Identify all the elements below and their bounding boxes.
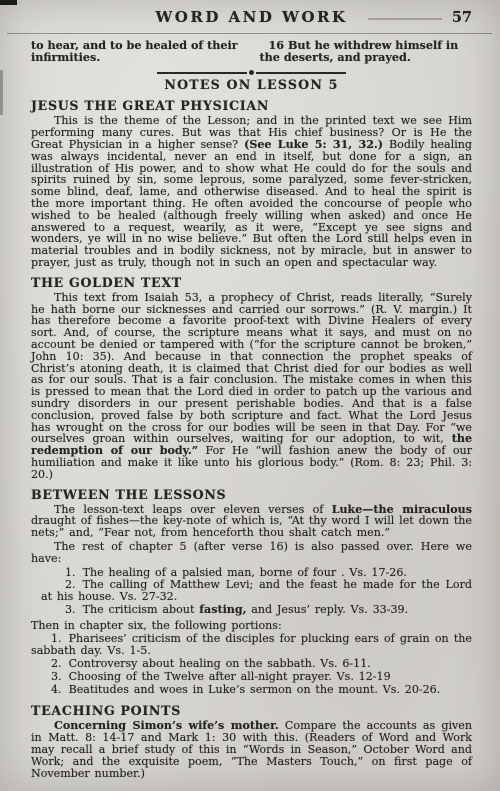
list-item-text: The criticism about fasting, and Jesus’ … (83, 603, 409, 616)
chapter5-list-item: 2.The calling of Matthew Levi; and the f… (41, 579, 472, 603)
header-rule (7, 33, 492, 34)
verse-text-right: 16 But he withdrew himself in the desert… (260, 39, 473, 63)
chapter5-list-item: 3.The criticism about fasting, and Jesus… (41, 604, 472, 616)
heading-teaching-points: TEACHING POINTS (31, 703, 472, 718)
scanned-page: WORD AND WORK 57 to hear, and to be heal… (0, 0, 500, 791)
divider-line-right (256, 72, 346, 74)
divider-dot-icon (249, 70, 254, 75)
verse-columns: to hear, and to be healed of their infir… (31, 39, 472, 63)
verse-text-left: to hear, and to be healed of their infir… (31, 39, 244, 63)
teaching-points-paragraph: Concerning Simon’s wife’s mother. Compar… (31, 720, 472, 779)
list-item-text: Controversy about healing on the sabbath… (69, 657, 371, 670)
chapter6-intro: Then in chapter six, the following porti… (31, 620, 472, 632)
page-title: WORD AND WORK (155, 8, 347, 26)
list-item-number: 3. (65, 603, 76, 616)
section-divider (31, 70, 472, 75)
chapter5-list-item: 1.The healing of a palsied man, borne of… (41, 567, 472, 579)
golden-text-paragraph: This text from Isaiah 53, a prophecy of … (31, 292, 472, 481)
list-item-text: Beatitudes and woes in Luke’s sermon on … (69, 683, 441, 696)
list-item-number: 2. (51, 657, 62, 670)
page-header: WORD AND WORK 57 (31, 8, 472, 26)
between-lessons-paragraph-1: The lesson-text leaps over eleven verses… (31, 504, 472, 539)
notes-heading: NOTES ON LESSON 5 (31, 77, 472, 92)
chapter6-list-item: 3.Choosing of the Twelve after all-night… (31, 671, 472, 683)
scan-artifact-corner (0, 0, 17, 5)
page-number: 57 (452, 9, 472, 26)
list-item-number: 3. (51, 670, 62, 683)
between-lessons-paragraph-2: The rest of chapter 5 (after verse 16) i… (31, 541, 472, 565)
list-item-number: 4. (51, 683, 62, 696)
chapter6-list-item: 2.Controversy about healing on the sabba… (31, 658, 472, 670)
chapter6-list-item: 4.Beatitudes and woes in Luke’s sermon o… (31, 684, 472, 696)
divider-line-left (157, 72, 247, 74)
list-item-text: The calling of Matthew Levi; and the fea… (41, 578, 472, 603)
physician-paragraph: This is the theme of the Lesson; and in … (31, 115, 472, 268)
chapter6-list-item: 1.Pharisees’ criticism of the disciples … (31, 633, 472, 657)
heading-golden-text: THE GOLDEN TEXT (31, 275, 472, 290)
heading-jesus-great-physician: JESUS THE GREAT PHYSICIAN (31, 98, 472, 113)
list-item-text: The healing of a palsied man, borne of f… (83, 566, 407, 579)
list-item-number: 1. (65, 566, 76, 579)
list-item-text: Pharisees’ criticism of the disciples fo… (31, 632, 472, 657)
scan-artifact-edge (0, 70, 3, 115)
list-item-text: Choosing of the Twelve after all-night p… (69, 670, 391, 683)
scan-artifact-streak (368, 18, 442, 20)
heading-between-lessons: BETWEEN THE LESSONS (31, 487, 472, 502)
